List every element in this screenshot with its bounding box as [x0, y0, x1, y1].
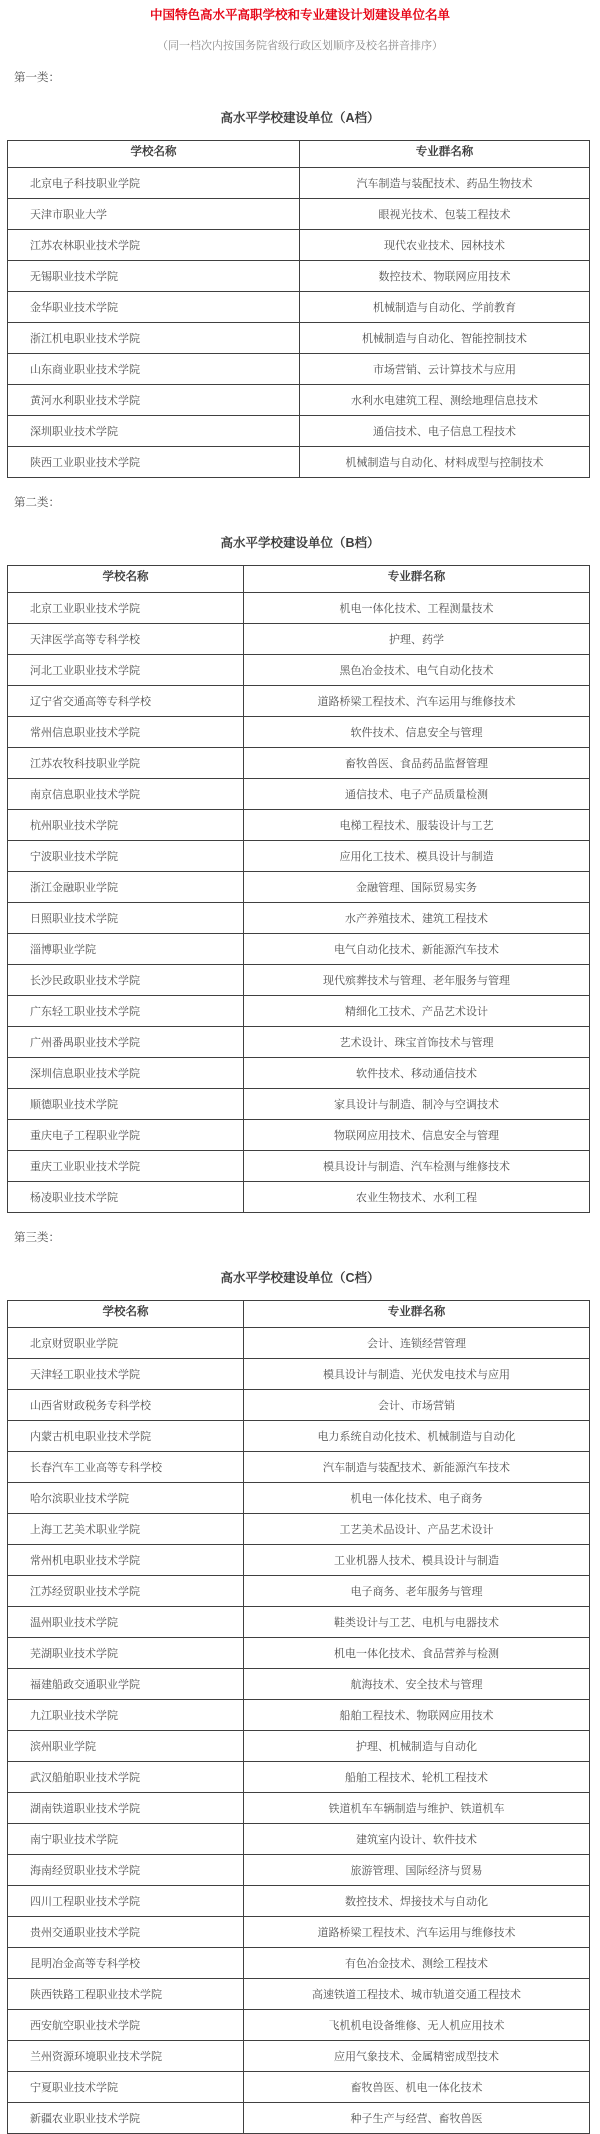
major-group-cell: 模具设计与制造、汽车检测与维修技术 — [244, 1151, 590, 1182]
school-name-cell: 江苏农牧科技职业学院 — [8, 748, 244, 779]
major-group-cell: 物联网应用技术、信息安全与管理 — [244, 1120, 590, 1151]
major-group-cell: 会计、市场营销 — [244, 1390, 590, 1421]
school-name-cell: 天津市职业大学 — [8, 199, 300, 230]
table-row: 辽宁省交通高等专科学校道路桥梁工程技术、汽车运用与维修技术 — [8, 686, 590, 717]
school-name-cell: 黄河水利职业技术学院 — [8, 385, 300, 416]
table-head: 学校名称专业群名称 — [8, 141, 590, 168]
major-group-cell: 水利水电建筑工程、测绘地理信息技术 — [300, 385, 590, 416]
table-row: 天津医学高等专科学校护理、药学 — [8, 624, 590, 655]
school-name-cell: 浙江机电职业技术学院 — [8, 323, 300, 354]
school-name-cell: 北京工业职业技术学院 — [8, 593, 244, 624]
major-group-cell: 畜牧兽医、机电一体化技术 — [244, 2072, 590, 2103]
major-group-cell: 工艺美术品设计、产品艺术设计 — [244, 1514, 590, 1545]
school-name-cell: 深圳信息职业技术学院 — [8, 1058, 244, 1089]
school-name-cell: 新疆农业职业技术学院 — [8, 2103, 244, 2134]
table-row: 陕西铁路工程职业技术学院高速铁道工程技术、城市轨道交通工程技术 — [8, 1979, 590, 2010]
table-row: 山西省财政税务专科学校会计、市场营销 — [8, 1390, 590, 1421]
major-group-cell: 工业机器人技术、模具设计与制造 — [244, 1545, 590, 1576]
major-group-cell: 黑色冶金技术、电气自动化技术 — [244, 655, 590, 686]
table-row: 河北工业职业技术学院黑色冶金技术、电气自动化技术 — [8, 655, 590, 686]
school-name-cell: 上海工艺美术职业学院 — [8, 1514, 244, 1545]
section-label-2: 第二类： — [14, 496, 600, 510]
table-row: 杭州职业技术学院电梯工程技术、服装设计与工艺 — [8, 810, 590, 841]
table-row: 武汉船舶职业技术学院船舶工程技术、轮机工程技术 — [8, 1762, 590, 1793]
table-row: 南京信息职业技术学院通信技术、电子产品质量检测 — [8, 779, 590, 810]
major-group-cell: 电力系统自动化技术、机械制造与自动化 — [244, 1421, 590, 1452]
major-group-cell: 金融管理、国际贸易实务 — [244, 872, 590, 903]
major-group-cell: 应用化工技术、模具设计与制造 — [244, 841, 590, 872]
section-label-1: 第一类： — [14, 71, 600, 85]
major-group-cell: 机械制造与自动化、智能控制技术 — [300, 323, 590, 354]
major-group-cell: 护理、药学 — [244, 624, 590, 655]
major-group-cell: 机械制造与自动化、学前教育 — [300, 292, 590, 323]
major-group-cell: 通信技术、电子产品质量检测 — [244, 779, 590, 810]
major-group-cell: 机电一体化技术、食品营养与检测 — [244, 1638, 590, 1669]
school-name-cell: 北京财贸职业学院 — [8, 1328, 244, 1359]
table-title-3: 高水平学校建设单位（C档） — [0, 1271, 600, 1286]
column-header-majors: 专业群名称 — [300, 141, 590, 168]
school-name-cell: 山西省财政税务专科学校 — [8, 1390, 244, 1421]
table-row: 天津轻工职业技术学院模具设计与制造、光伏发电技术与应用 — [8, 1359, 590, 1390]
table-row: 兰州资源环境职业技术学院应用气象技术、金属精密成型技术 — [8, 2041, 590, 2072]
major-group-cell: 现代殡葬技术与管理、老年服务与管理 — [244, 965, 590, 996]
section-label-3: 第三类： — [14, 1231, 600, 1245]
major-group-cell: 应用气象技术、金属精密成型技术 — [244, 2041, 590, 2072]
table-body: 北京工业职业技术学院机电一体化技术、工程测量技术天津医学高等专科学校护理、药学河… — [8, 593, 590, 1213]
column-header-majors: 专业群名称 — [244, 1301, 590, 1328]
school-name-cell: 芜湖职业技术学院 — [8, 1638, 244, 1669]
major-group-cell: 现代农业技术、园林技术 — [300, 230, 590, 261]
major-group-cell: 数控技术、物联网应用技术 — [300, 261, 590, 292]
table-row: 山东商业职业技术学院市场营销、云计算技术与应用 — [8, 354, 590, 385]
table-head: 学校名称专业群名称 — [8, 566, 590, 593]
table-title-2: 高水平学校建设单位（B档） — [0, 536, 600, 551]
table-row: 重庆电子工程职业学院物联网应用技术、信息安全与管理 — [8, 1120, 590, 1151]
table-row: 常州机电职业技术学院工业机器人技术、模具设计与制造 — [8, 1545, 590, 1576]
major-group-cell: 家具设计与制造、制冷与空调技术 — [244, 1089, 590, 1120]
major-group-cell: 高速铁道工程技术、城市轨道交通工程技术 — [244, 1979, 590, 2010]
table-row: 宁夏职业技术学院畜牧兽医、机电一体化技术 — [8, 2072, 590, 2103]
school-name-cell: 浙江金融职业学院 — [8, 872, 244, 903]
school-name-cell: 长春汽车工业高等专科学校 — [8, 1452, 244, 1483]
school-name-cell: 南京信息职业技术学院 — [8, 779, 244, 810]
table-row: 新疆农业职业技术学院种子生产与经营、畜牧兽医 — [8, 2103, 590, 2134]
major-group-cell: 软件技术、信息安全与管理 — [244, 717, 590, 748]
table-row: 浙江机电职业技术学院机械制造与自动化、智能控制技术 — [8, 323, 590, 354]
school-name-cell: 天津轻工职业技术学院 — [8, 1359, 244, 1390]
table-row: 内蒙古机电职业技术学院电力系统自动化技术、机械制造与自动化 — [8, 1421, 590, 1452]
major-group-cell: 铁道机车车辆制造与维护、铁道机车 — [244, 1793, 590, 1824]
table-row: 常州信息职业技术学院软件技术、信息安全与管理 — [8, 717, 590, 748]
major-group-cell: 鞋类设计与工艺、电机与电器技术 — [244, 1607, 590, 1638]
school-name-cell: 深圳职业技术学院 — [8, 416, 300, 447]
school-name-cell: 兰州资源环境职业技术学院 — [8, 2041, 244, 2072]
school-name-cell: 广东轻工职业技术学院 — [8, 996, 244, 1027]
school-name-cell: 江苏经贸职业技术学院 — [8, 1576, 244, 1607]
major-group-cell: 模具设计与制造、光伏发电技术与应用 — [244, 1359, 590, 1390]
school-name-cell: 宁波职业技术学院 — [8, 841, 244, 872]
school-name-cell: 北京电子科技职业学院 — [8, 168, 300, 199]
units-table-3: 学校名称专业群名称北京财贸职业学院会计、连锁经营管理天津轻工职业技术学院模具设计… — [7, 1300, 590, 2134]
major-group-cell: 艺术设计、珠宝首饰技术与管理 — [244, 1027, 590, 1058]
school-name-cell: 重庆电子工程职业学院 — [8, 1120, 244, 1151]
column-header-school: 学校名称 — [8, 1301, 244, 1328]
table-row: 重庆工业职业技术学院模具设计与制造、汽车检测与维修技术 — [8, 1151, 590, 1182]
school-name-cell: 山东商业职业技术学院 — [8, 354, 300, 385]
major-group-cell: 市场营销、云计算技术与应用 — [300, 354, 590, 385]
table-body: 北京电子科技职业学院汽车制造与装配技术、药品生物技术天津市职业大学眼视光技术、包… — [8, 168, 590, 478]
school-name-cell: 海南经贸职业技术学院 — [8, 1855, 244, 1886]
major-group-cell: 机电一体化技术、工程测量技术 — [244, 593, 590, 624]
major-group-cell: 电气自动化技术、新能源汽车技术 — [244, 934, 590, 965]
school-name-cell: 陕西工业职业技术学院 — [8, 447, 300, 478]
table-row: 淄博职业学院电气自动化技术、新能源汽车技术 — [8, 934, 590, 965]
table-row: 湖南铁道职业技术学院铁道机车车辆制造与维护、铁道机车 — [8, 1793, 590, 1824]
major-group-cell: 汽车制造与装配技术、新能源汽车技术 — [244, 1452, 590, 1483]
school-name-cell: 长沙民政职业技术学院 — [8, 965, 244, 996]
table-row: 西安航空职业技术学院飞机机电设备维修、无人机应用技术 — [8, 2010, 590, 2041]
school-name-cell: 杨凌职业技术学院 — [8, 1182, 244, 1213]
major-group-cell: 会计、连锁经营管理 — [244, 1328, 590, 1359]
school-name-cell: 福建船政交通职业学院 — [8, 1669, 244, 1700]
table-row: 深圳职业技术学院通信技术、电子信息工程技术 — [8, 416, 590, 447]
page-title: 中国特色高水平高职学校和专业建设计划建设单位名单 — [0, 8, 600, 23]
table-row: 江苏农牧科技职业学院畜牧兽医、食品药品监督管理 — [8, 748, 590, 779]
major-group-cell: 机械制造与自动化、材料成型与控制技术 — [300, 447, 590, 478]
major-group-cell: 飞机机电设备维修、无人机应用技术 — [244, 2010, 590, 2041]
school-name-cell: 重庆工业职业技术学院 — [8, 1151, 244, 1182]
document-page: 中国特色高水平高职学校和专业建设计划建设单位名单 （同一档次内按国务院省级行政区… — [0, 0, 600, 2134]
school-name-cell: 温州职业技术学院 — [8, 1607, 244, 1638]
table-row: 上海工艺美术职业学院工艺美术品设计、产品艺术设计 — [8, 1514, 590, 1545]
table-row: 顺德职业技术学院家具设计与制造、制冷与空调技术 — [8, 1089, 590, 1120]
major-group-cell: 旅游管理、国际经济与贸易 — [244, 1855, 590, 1886]
units-table-1: 学校名称专业群名称北京电子科技职业学院汽车制造与装配技术、药品生物技术天津市职业… — [7, 140, 590, 478]
table-row: 四川工程职业技术学院数控技术、焊接技术与自动化 — [8, 1886, 590, 1917]
page-subtitle: （同一档次内按国务院省级行政区划顺序及校名拼音排序） — [0, 39, 600, 53]
school-name-cell: 南宁职业技术学院 — [8, 1824, 244, 1855]
table-row: 宁波职业技术学院应用化工技术、模具设计与制造 — [8, 841, 590, 872]
major-group-cell: 护理、机械制造与自动化 — [244, 1731, 590, 1762]
school-name-cell: 淄博职业学院 — [8, 934, 244, 965]
major-group-cell: 通信技术、电子信息工程技术 — [300, 416, 590, 447]
school-name-cell: 哈尔滨职业技术学院 — [8, 1483, 244, 1514]
school-name-cell: 贵州交通职业技术学院 — [8, 1917, 244, 1948]
school-name-cell: 金华职业技术学院 — [8, 292, 300, 323]
major-group-cell: 软件技术、移动通信技术 — [244, 1058, 590, 1089]
school-name-cell: 顺德职业技术学院 — [8, 1089, 244, 1120]
table-row: 温州职业技术学院鞋类设计与工艺、电机与电器技术 — [8, 1607, 590, 1638]
school-name-cell: 天津医学高等专科学校 — [8, 624, 244, 655]
major-group-cell: 有色冶金技术、测绘工程技术 — [244, 1948, 590, 1979]
major-group-cell: 数控技术、焊接技术与自动化 — [244, 1886, 590, 1917]
major-group-cell: 道路桥梁工程技术、汽车运用与维修技术 — [244, 686, 590, 717]
table-title-1: 高水平学校建设单位（A档） — [0, 111, 600, 126]
school-name-cell: 杭州职业技术学院 — [8, 810, 244, 841]
school-name-cell: 江苏农林职业技术学院 — [8, 230, 300, 261]
major-group-cell: 机电一体化技术、电子商务 — [244, 1483, 590, 1514]
major-group-cell: 电梯工程技术、服装设计与工艺 — [244, 810, 590, 841]
table-head: 学校名称专业群名称 — [8, 1301, 590, 1328]
column-header-majors: 专业群名称 — [244, 566, 590, 593]
column-header-school: 学校名称 — [8, 141, 300, 168]
column-header-school: 学校名称 — [8, 566, 244, 593]
table-row: 昆明冶金高等专科学校有色冶金技术、测绘工程技术 — [8, 1948, 590, 1979]
table-header-row: 学校名称专业群名称 — [8, 1301, 590, 1328]
table-row: 北京工业职业技术学院机电一体化技术、工程测量技术 — [8, 593, 590, 624]
school-name-cell: 陕西铁路工程职业技术学院 — [8, 1979, 244, 2010]
school-name-cell: 日照职业技术学院 — [8, 903, 244, 934]
table-row: 金华职业技术学院机械制造与自动化、学前教育 — [8, 292, 590, 323]
major-group-cell: 精细化工技术、产品艺术设计 — [244, 996, 590, 1027]
table-row: 长春汽车工业高等专科学校汽车制造与装配技术、新能源汽车技术 — [8, 1452, 590, 1483]
table-row: 南宁职业技术学院建筑室内设计、软件技术 — [8, 1824, 590, 1855]
school-name-cell: 滨州职业学院 — [8, 1731, 244, 1762]
table-row: 北京财贸职业学院会计、连锁经营管理 — [8, 1328, 590, 1359]
major-group-cell: 农业生物技术、水利工程 — [244, 1182, 590, 1213]
major-group-cell: 电子商务、老年服务与管理 — [244, 1576, 590, 1607]
major-group-cell: 船舶工程技术、轮机工程技术 — [244, 1762, 590, 1793]
table-row: 九江职业技术学院船舶工程技术、物联网应用技术 — [8, 1700, 590, 1731]
table-row: 北京电子科技职业学院汽车制造与装配技术、药品生物技术 — [8, 168, 590, 199]
major-group-cell: 汽车制造与装配技术、药品生物技术 — [300, 168, 590, 199]
sections-container: 第一类：高水平学校建设单位（A档）学校名称专业群名称北京电子科技职业学院汽车制造… — [0, 71, 600, 2134]
major-group-cell: 种子生产与经营、畜牧兽医 — [244, 2103, 590, 2134]
table-row: 滨州职业学院护理、机械制造与自动化 — [8, 1731, 590, 1762]
table-row: 江苏农林职业技术学院现代农业技术、园林技术 — [8, 230, 590, 261]
school-name-cell: 常州信息职业技术学院 — [8, 717, 244, 748]
school-name-cell: 昆明冶金高等专科学校 — [8, 1948, 244, 1979]
table-row: 天津市职业大学眼视光技术、包装工程技术 — [8, 199, 590, 230]
school-name-cell: 常州机电职业技术学院 — [8, 1545, 244, 1576]
table-row: 黄河水利职业技术学院水利水电建筑工程、测绘地理信息技术 — [8, 385, 590, 416]
table-row: 浙江金融职业学院金融管理、国际贸易实务 — [8, 872, 590, 903]
table-row: 广州番禺职业技术学院艺术设计、珠宝首饰技术与管理 — [8, 1027, 590, 1058]
major-group-cell: 船舶工程技术、物联网应用技术 — [244, 1700, 590, 1731]
table-header-row: 学校名称专业群名称 — [8, 141, 590, 168]
table-body: 北京财贸职业学院会计、连锁经营管理天津轻工职业技术学院模具设计与制造、光伏发电技… — [8, 1328, 590, 2134]
school-name-cell: 武汉船舶职业技术学院 — [8, 1762, 244, 1793]
table-row: 福建船政交通职业学院航海技术、安全技术与管理 — [8, 1669, 590, 1700]
major-group-cell: 道路桥梁工程技术、汽车运用与维修技术 — [244, 1917, 590, 1948]
table-row: 江苏经贸职业技术学院电子商务、老年服务与管理 — [8, 1576, 590, 1607]
table-header-row: 学校名称专业群名称 — [8, 566, 590, 593]
table-row: 哈尔滨职业技术学院机电一体化技术、电子商务 — [8, 1483, 590, 1514]
units-table-2: 学校名称专业群名称北京工业职业技术学院机电一体化技术、工程测量技术天津医学高等专… — [7, 565, 590, 1213]
table-row: 杨凌职业技术学院农业生物技术、水利工程 — [8, 1182, 590, 1213]
table-row: 广东轻工职业技术学院精细化工技术、产品艺术设计 — [8, 996, 590, 1027]
school-name-cell: 内蒙古机电职业技术学院 — [8, 1421, 244, 1452]
school-name-cell: 辽宁省交通高等专科学校 — [8, 686, 244, 717]
major-group-cell: 畜牧兽医、食品药品监督管理 — [244, 748, 590, 779]
major-group-cell: 水产养殖技术、建筑工程技术 — [244, 903, 590, 934]
table-row: 长沙民政职业技术学院现代殡葬技术与管理、老年服务与管理 — [8, 965, 590, 996]
school-name-cell: 河北工业职业技术学院 — [8, 655, 244, 686]
major-group-cell: 建筑室内设计、软件技术 — [244, 1824, 590, 1855]
school-name-cell: 四川工程职业技术学院 — [8, 1886, 244, 1917]
table-row: 芜湖职业技术学院机电一体化技术、食品营养与检测 — [8, 1638, 590, 1669]
school-name-cell: 湖南铁道职业技术学院 — [8, 1793, 244, 1824]
school-name-cell: 无锡职业技术学院 — [8, 261, 300, 292]
school-name-cell: 宁夏职业技术学院 — [8, 2072, 244, 2103]
table-row: 陕西工业职业技术学院机械制造与自动化、材料成型与控制技术 — [8, 447, 590, 478]
major-group-cell: 航海技术、安全技术与管理 — [244, 1669, 590, 1700]
school-name-cell: 西安航空职业技术学院 — [8, 2010, 244, 2041]
school-name-cell: 广州番禺职业技术学院 — [8, 1027, 244, 1058]
table-row: 日照职业技术学院水产养殖技术、建筑工程技术 — [8, 903, 590, 934]
table-row: 海南经贸职业技术学院旅游管理、国际经济与贸易 — [8, 1855, 590, 1886]
school-name-cell: 九江职业技术学院 — [8, 1700, 244, 1731]
major-group-cell: 眼视光技术、包装工程技术 — [300, 199, 590, 230]
table-row: 贵州交通职业技术学院道路桥梁工程技术、汽车运用与维修技术 — [8, 1917, 590, 1948]
table-row: 无锡职业技术学院数控技术、物联网应用技术 — [8, 261, 590, 292]
table-row: 深圳信息职业技术学院软件技术、移动通信技术 — [8, 1058, 590, 1089]
